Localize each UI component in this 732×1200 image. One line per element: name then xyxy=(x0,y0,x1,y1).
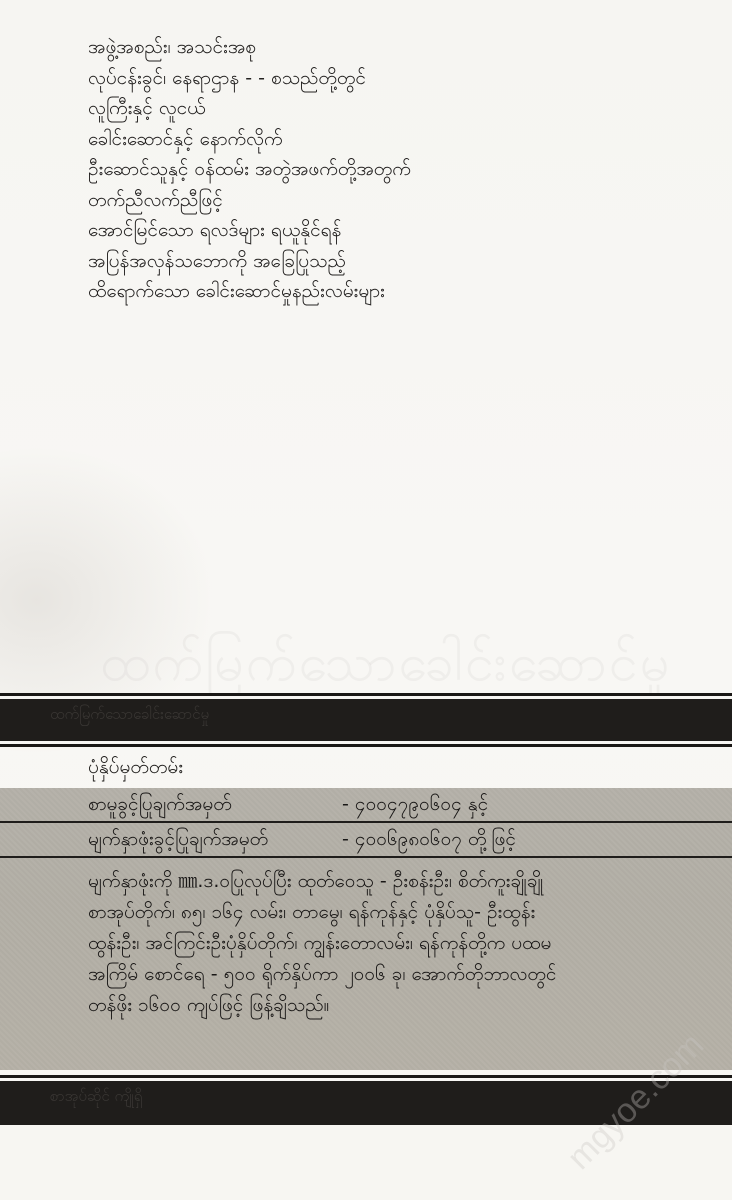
imprint-panel: စာမူခွင့်ပြုချက်အမှတ် - ၄၀၀၄၇၉၀၆၀၄ နှင့်… xyxy=(0,788,732,1070)
dedication-line: ဦးဆောင်သူနှင့် ဝန်ထမ်း အတွဲအဖက်တို့အတွက် xyxy=(88,154,648,185)
dedication-line: လုပ်ငန်းခွင်၊ နေရာဌာန - - စသည်တို့တွင် xyxy=(88,63,648,94)
publisher-line: အကြိမ် စောင်ရေ - ၅၀၀ ရိုက်နှိပ်ကာ ၂၀၀၆ ခ… xyxy=(88,959,718,990)
publisher-line: စာအုပ်တိုက်၊ ၈၅၊ ၁၆၄ လမ်း၊ တာမွေ၊ ရန်ကုန… xyxy=(88,897,718,928)
dedication-line: အပြန်အလှန်သဘောကို အခြေပြုသည့် xyxy=(88,246,648,277)
cover-permit-value: - ၄၀၀၆၉၈၀၆၀၇ တို့ဖြင့် xyxy=(342,825,516,853)
permit-value: - ၄၀၀၄၇၉၀၆၀၄ နှင့် xyxy=(342,790,488,818)
publisher-line: မျက်နှာဖုံးကို ㎜.ဒ.ဝပြုလုပ်ပြီး ထုတ်ဝေသူ… xyxy=(88,866,718,897)
book-page: အဖွဲ့အစည်း၊ အသင်းအစု လုပ်ငန်းခွင်၊ နေရာဌ… xyxy=(0,0,732,1200)
permit-row: စာမူခွင့်ပြုချက်အမှတ် - ၄၀၀၄၇၉၀၆၀၄ နှင့် xyxy=(0,788,732,823)
dedication-line: ထိရောက်သော ခေါင်းဆောင်မှုနည်းလမ်းများ xyxy=(88,276,648,307)
publisher-line: တန်ဖိုး ၁၆၀၀ ကျပ်ဖြင့် ဖြန့်ချိသည်။ xyxy=(88,990,718,1021)
band-bar: ထက်မြက်သောခေါင်းဆောင်မှု xyxy=(0,699,732,741)
top-black-band: ထက်မြက်သောခေါင်းဆောင်မှု xyxy=(0,693,732,747)
dedication-line: အဖွဲ့အစည်း၊ အသင်းအစု xyxy=(88,32,648,63)
dedication-line: တက်ညီလက်ညီဖြင့် xyxy=(88,185,648,216)
band-faded-text: စာအုပ်ဆိုင် ကျိုရှိ xyxy=(50,1087,142,1109)
publisher-line: ထွန်းဦး၊ အင်ကြင်းဦးပုံနှိပ်တိုက်၊ ကျွန်း… xyxy=(88,928,718,959)
imprint-heading: ပုံနှိပ်မှတ်တမ်း xyxy=(88,754,183,780)
dedication-line: အောင်မြင်သော ရလဒ်များ ရယူနိုင်ရန် xyxy=(88,215,648,246)
publisher-details: မျက်နှာဖုံးကို ㎜.ဒ.ဝပြုလုပ်ပြီး ထုတ်ဝေသူ… xyxy=(88,866,718,1021)
dedication-line: လူကြီးနှင့် လူငယ် xyxy=(88,93,648,124)
cover-permit-row: မျက်နှာဖုံးခွင့်ပြုချက်အမှတ် - ၄၀၀၆၉၈၀၆၀… xyxy=(0,823,732,858)
permit-label: စာမူခွင့်ပြုချက်အမှတ် xyxy=(88,790,232,818)
band-faded-text: ထက်မြက်သောခေါင်းဆောင်မှု xyxy=(50,705,209,727)
cover-permit-label: မျက်နှာဖုံးခွင့်ပြုချက်အမှတ် xyxy=(88,825,268,853)
dedication-block: အဖွဲ့အစည်း၊ အသင်းအစု လုပ်ငန်းခွင်၊ နေရာဌ… xyxy=(88,32,648,307)
band-rule xyxy=(0,744,732,747)
dedication-line: ခေါင်းဆောင်နှင့် နောက်လိုက် xyxy=(88,124,648,155)
